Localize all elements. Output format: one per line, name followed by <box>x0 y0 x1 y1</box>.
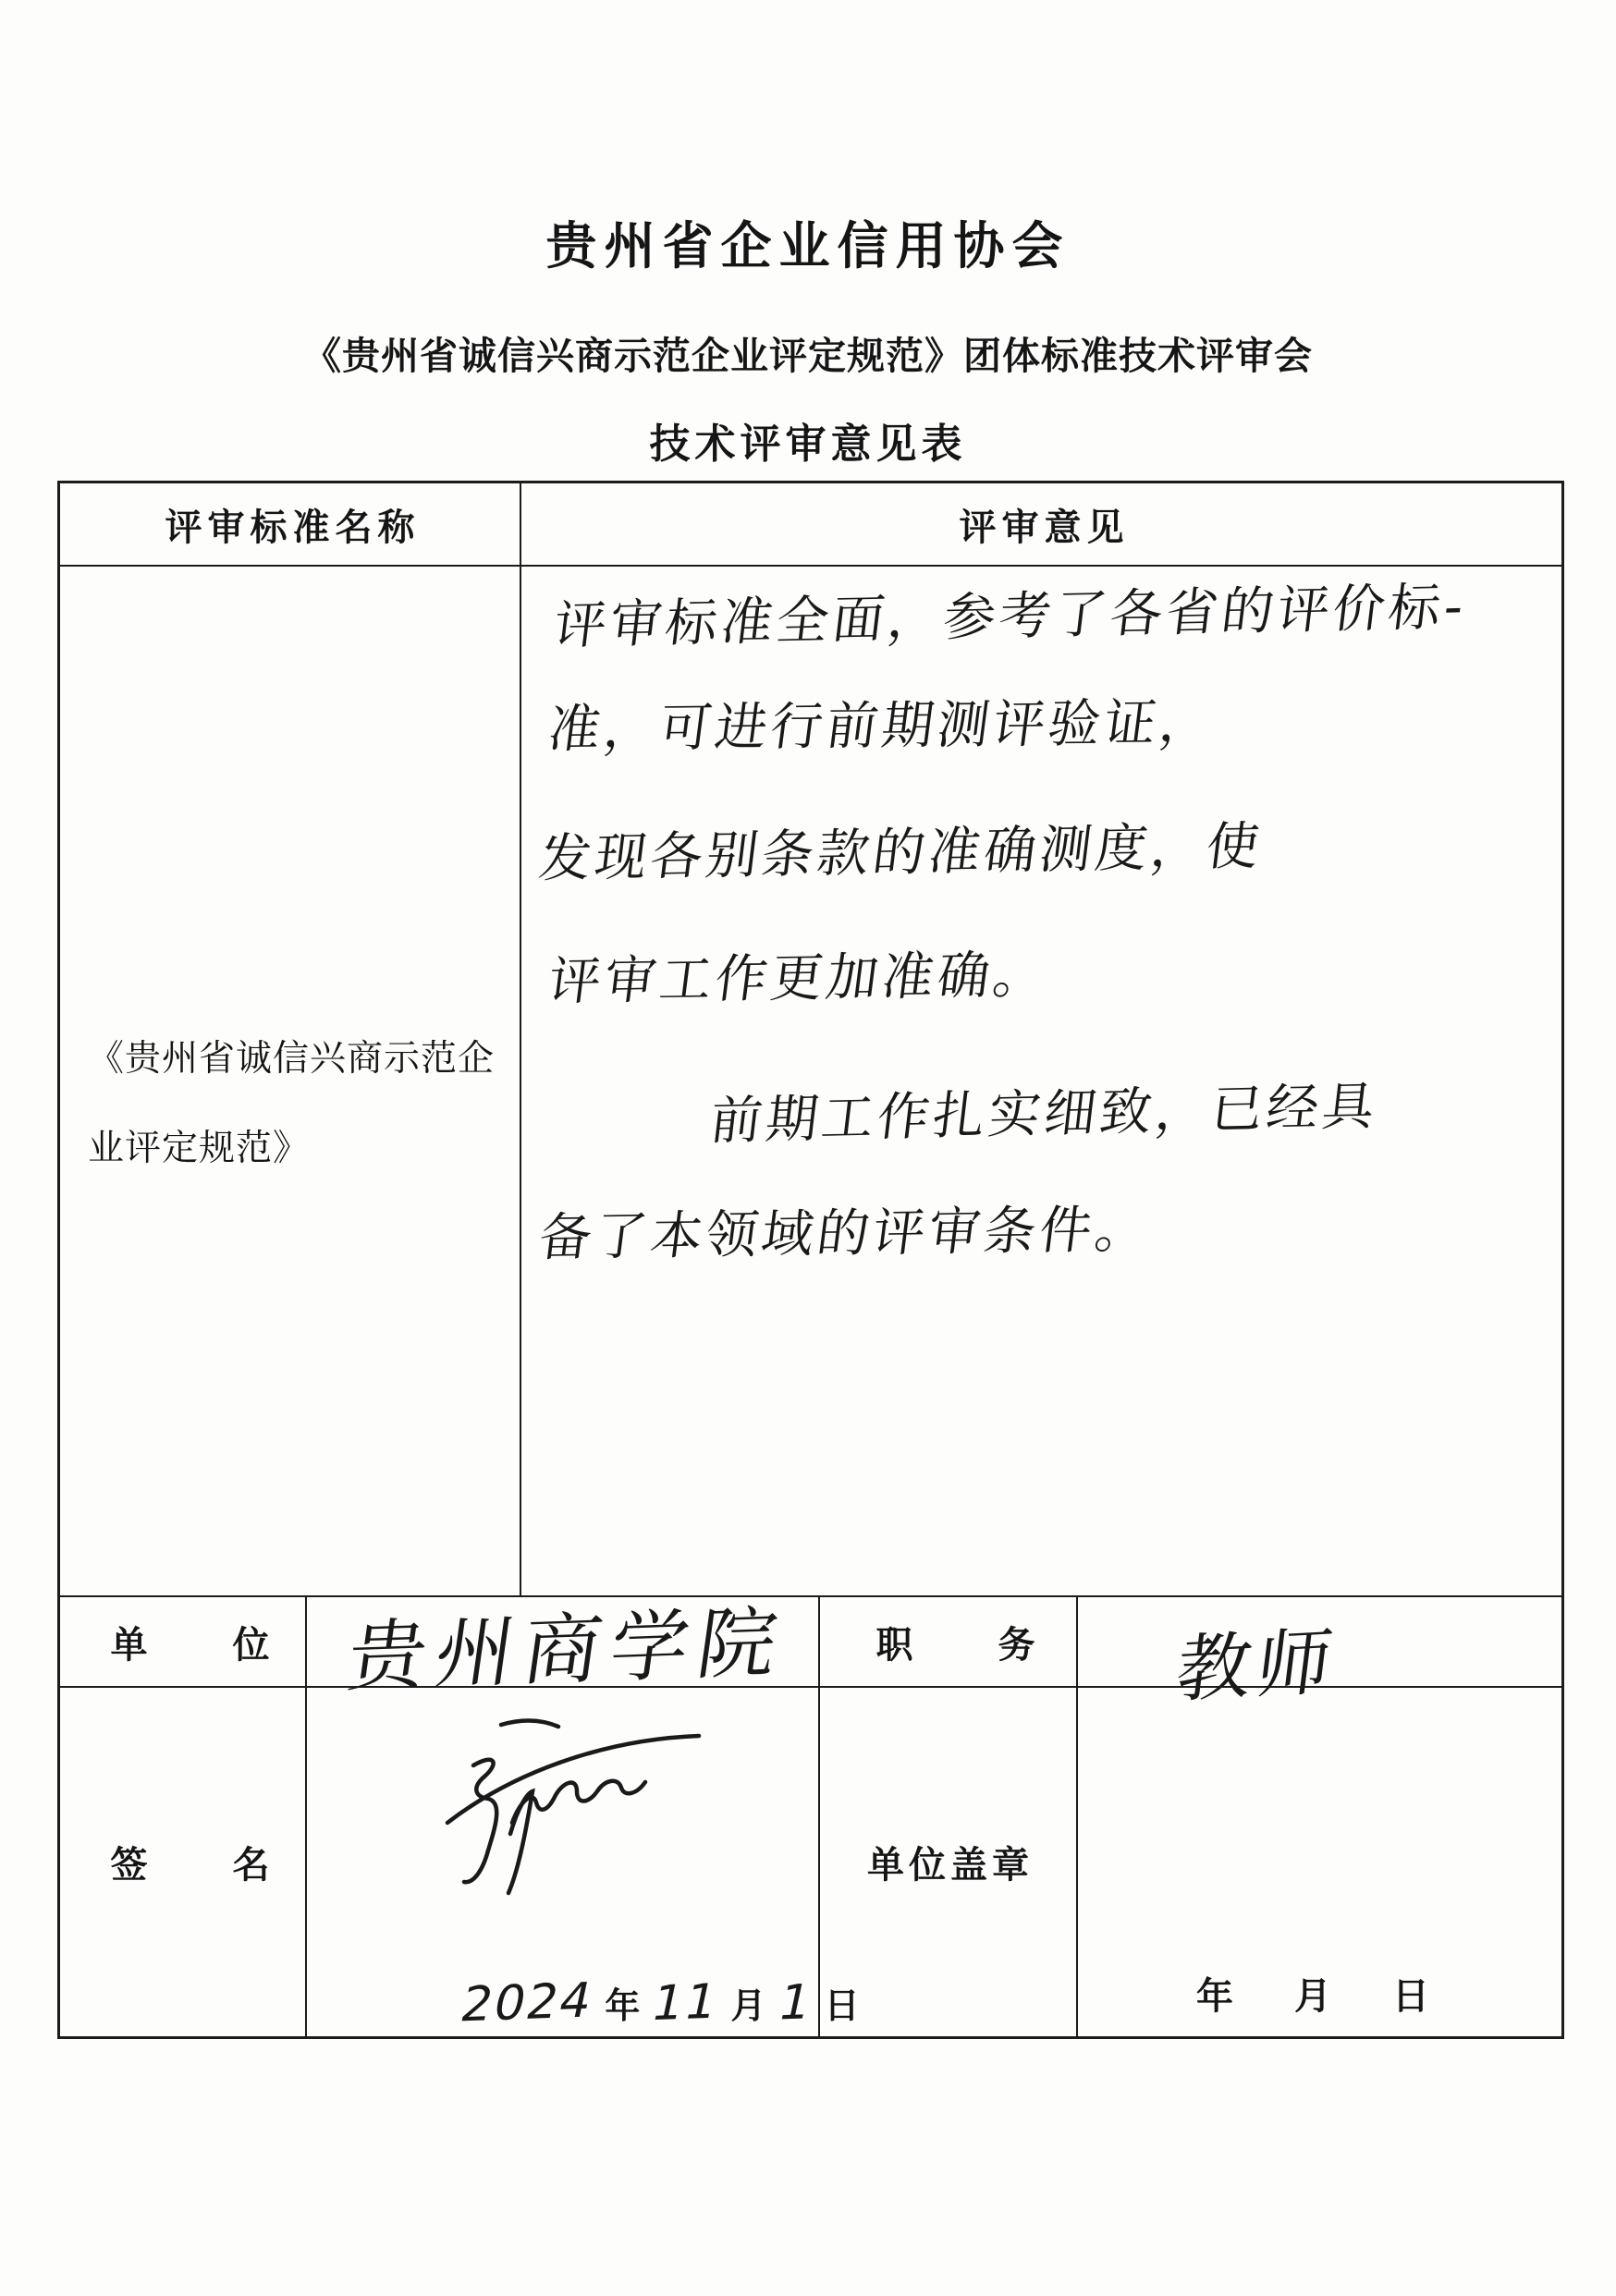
review-table: 评审标准名称 评审意见 《贵州省诚信兴商示范企 业评定规范》 评审标准全面，参考… <box>57 481 1564 2039</box>
seal-label: 单位盖章 <box>863 1836 1034 1888</box>
opinion-line-2: 准，可进行前期测评验证， <box>545 681 1220 763</box>
signature-date-day-number: 1 <box>774 1978 817 2027</box>
signature-date-year-unit: 年 <box>605 1986 640 2027</box>
opinion-line-5: 前期工作扎实细致，已经具 <box>706 1066 1383 1154</box>
seal-date-day-unit: 日 <box>1392 1967 1429 2020</box>
standard-name-line-1: 《贵州省诚信兴商示范企 <box>88 1014 501 1104</box>
standard-name-line-2: 业评定规范》 <box>88 1104 501 1193</box>
header-standard-name: 评审标准名称 <box>60 483 521 567</box>
unit-value-handwriting: 贵州商学院 <box>341 1581 794 1707</box>
seal-date-year-unit: 年 <box>1196 1967 1233 2020</box>
signature-scribble-icon <box>355 1712 706 1952</box>
position-label-cell: 职务 <box>820 1597 1078 1688</box>
seal-date-cell: 年 月 日 <box>1078 1688 1561 2036</box>
unit-label-cell: 单位 <box>60 1597 307 1688</box>
signature-date-month-unit: 月 <box>731 1986 766 2027</box>
opinion-line-4: 评审工作更加准确。 <box>545 934 1054 1015</box>
association-title: 贵州省企业信用协会 <box>0 205 1616 278</box>
form-title: 技术评审意见表 <box>0 410 1616 470</box>
signature-date: 2024 年 11 月 1 日 <box>462 1979 860 2027</box>
scanned-review-form: 贵州省企业信用协会 《贵州省诚信兴商示范企业评定规范》团体标准技术评审会 技术评… <box>0 0 1616 2296</box>
opinion-line-3: 发现各别条款的准确测度，使 <box>535 805 1267 892</box>
header-opinion: 评审意见 <box>521 483 1561 567</box>
seal-date-placeholder: 年 月 日 <box>1196 1967 1429 2020</box>
signature-date-month-number: 11 <box>648 1978 724 2028</box>
signature-label-cell: 签名 <box>60 1688 307 2036</box>
unit-value-cell: 贵州商学院 <box>307 1597 820 1688</box>
position-value-cell: 教师 <box>1078 1597 1561 1688</box>
signature-date-year-number: 2024 <box>457 1977 598 2030</box>
seal-label-cell: 单位盖章 <box>820 1688 1078 2036</box>
opinion-cell: 评审标准全面，参考了各省的评价标- 准，可进行前期测评验证， 发现各别条款的准确… <box>521 567 1561 1597</box>
opinion-line-1: 评审标准全面，参考了各省的评价标- <box>550 566 1471 659</box>
signature-cell: 2024 年 11 月 1 日 <box>307 1688 820 2036</box>
standard-name-cell: 《贵州省诚信兴商示范企 业评定规范》 <box>60 567 521 1597</box>
seal-date-month-unit: 月 <box>1294 1967 1331 2020</box>
meeting-title: 《贵州省诚信兴商示范企业评定规范》团体标准技术评审会 <box>0 325 1616 380</box>
position-value-handwriting: 教师 <box>1171 1602 1345 1716</box>
opinion-line-6: 备了本领域的评审条件。 <box>535 1189 1156 1271</box>
